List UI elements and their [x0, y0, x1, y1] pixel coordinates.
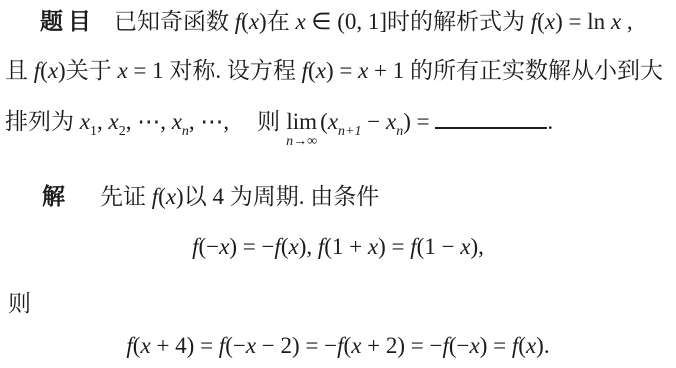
- math-segment: x: [219, 234, 229, 259]
- math-segment: = 1: [128, 58, 170, 83]
- text-segment: 已知奇函数: [114, 9, 235, 34]
- text-segment: 排列为: [5, 109, 80, 134]
- math-segment: , ⋯,: [126, 109, 172, 134]
- math-segment: .: [547, 109, 553, 134]
- text-segment: 时的解析式为: [387, 9, 531, 34]
- math-segment: x: [526, 333, 536, 358]
- math-segment: , ⋯,: [189, 109, 229, 134]
- math-segment: x: [117, 58, 127, 83]
- problem-line-2: 且 f(x)关于 x = 1 对称. 设方程 f(x) = x + 1 的所有正…: [5, 57, 663, 85]
- bold-label: 题目: [40, 8, 96, 34]
- equation-odd-symmetry: f(−x) = −f(x), f(1 + x) = f(1 − x),: [0, 233, 676, 261]
- equation-periodicity: f(x + 4) = f(−x − 2) = −f(x + 2) = −f(−x…: [0, 332, 676, 360]
- math-segment: x: [108, 109, 118, 134]
- math-segment: (: [518, 333, 526, 358]
- text-segment: 则: [8, 291, 31, 316]
- math-segment: + 1: [368, 58, 410, 83]
- limit-operator: lim: [286, 110, 317, 133]
- text-segment: 在: [267, 9, 296, 34]
- math-segment: x: [288, 234, 298, 259]
- math-segment: ) = ln: [555, 9, 611, 34]
- math-segment: x: [246, 333, 256, 358]
- math-segment: ),: [471, 234, 484, 259]
- math-segment: x: [166, 184, 176, 209]
- math-segment: (1 +: [324, 234, 368, 259]
- math-segment: ),: [299, 234, 318, 259]
- text-segment: 先证: [100, 184, 152, 209]
- text-segment: 的所有正实数解从小到大: [410, 58, 663, 83]
- math-segment: − 2) = −: [256, 333, 337, 358]
- text-segment: 关于: [66, 58, 118, 83]
- math-segment: ) =: [403, 109, 435, 134]
- math-segment: x: [48, 58, 58, 83]
- math-segment: x: [545, 9, 555, 34]
- math-segment: (: [537, 9, 545, 34]
- math-segment: (: [320, 109, 328, 134]
- math-segment: ) =: [378, 234, 410, 259]
- math-segment: x: [460, 234, 470, 259]
- math-segment: (: [158, 184, 166, 209]
- problem-line-3: 排列为 x1, x2, ⋯, xn, ⋯,则limn→∞(xn+1 − xn) …: [5, 108, 553, 149]
- problem-line-1: 题目已知奇函数 f(x)在 x ∈ (0, 1]时的解析式为 f(x) = ln…: [40, 8, 633, 36]
- math-segment: x: [249, 9, 259, 34]
- math-segment: ).: [536, 333, 549, 358]
- math-segment: ) =: [480, 333, 512, 358]
- math-segment: ,: [621, 9, 633, 34]
- math-segment: x: [172, 109, 182, 134]
- math-segment: x: [386, 109, 396, 134]
- math-segment: ∈ (0, 1]: [306, 9, 387, 34]
- math-segment: n+1: [338, 124, 361, 139]
- math-segment: x: [368, 234, 378, 259]
- text-segment: 则: [257, 109, 280, 134]
- math-segment: x: [351, 333, 361, 358]
- math-segment: (1 −: [417, 234, 461, 259]
- text-segment: 对称. 设方程: [169, 58, 301, 83]
- math-segment: 1: [90, 124, 97, 139]
- math-segment: x: [316, 58, 326, 83]
- math-segment: ,: [97, 109, 109, 134]
- text-segment: 且: [5, 58, 34, 83]
- math-document: 题目已知奇函数 f(x)在 x ∈ (0, 1]时的解析式为 f(x) = ln…: [0, 0, 676, 368]
- limit-subscript: n→∞: [286, 135, 317, 149]
- math-segment: ): [259, 9, 267, 34]
- math-segment: (−: [198, 234, 219, 259]
- solution-line-2: 则: [8, 290, 31, 318]
- math-segment: (: [241, 9, 249, 34]
- math-segment: x: [295, 9, 305, 34]
- math-segment: x: [80, 109, 90, 134]
- math-segment: ) = −: [229, 234, 274, 259]
- math-segment: n: [182, 124, 189, 139]
- math-segment: ): [58, 58, 66, 83]
- math-segment: x: [140, 333, 150, 358]
- math-segment: (: [40, 58, 48, 83]
- math-segment: (−: [225, 333, 246, 358]
- math-segment: ) =: [326, 58, 358, 83]
- math-segment: (−: [449, 333, 470, 358]
- math-segment: ): [176, 184, 184, 209]
- math-segment: x: [611, 9, 621, 34]
- math-segment: x: [358, 58, 368, 83]
- solution-line-1: 解先证 f(x)以 4 为周期. 由条件: [42, 183, 379, 211]
- math-segment: −: [361, 109, 385, 134]
- text-segment: 以 4 为周期. 由条件: [184, 184, 380, 209]
- math-segment: (: [308, 58, 316, 83]
- math-segment: 2: [119, 124, 126, 139]
- math-segment: x: [328, 109, 338, 134]
- limit-expression: limn→∞: [286, 110, 317, 149]
- bold-label: 解: [42, 183, 70, 209]
- math-segment: + 2) = −: [361, 333, 442, 358]
- math-segment: + 4) =: [151, 333, 219, 358]
- answer-blank: [435, 125, 547, 129]
- math-segment: x: [470, 333, 480, 358]
